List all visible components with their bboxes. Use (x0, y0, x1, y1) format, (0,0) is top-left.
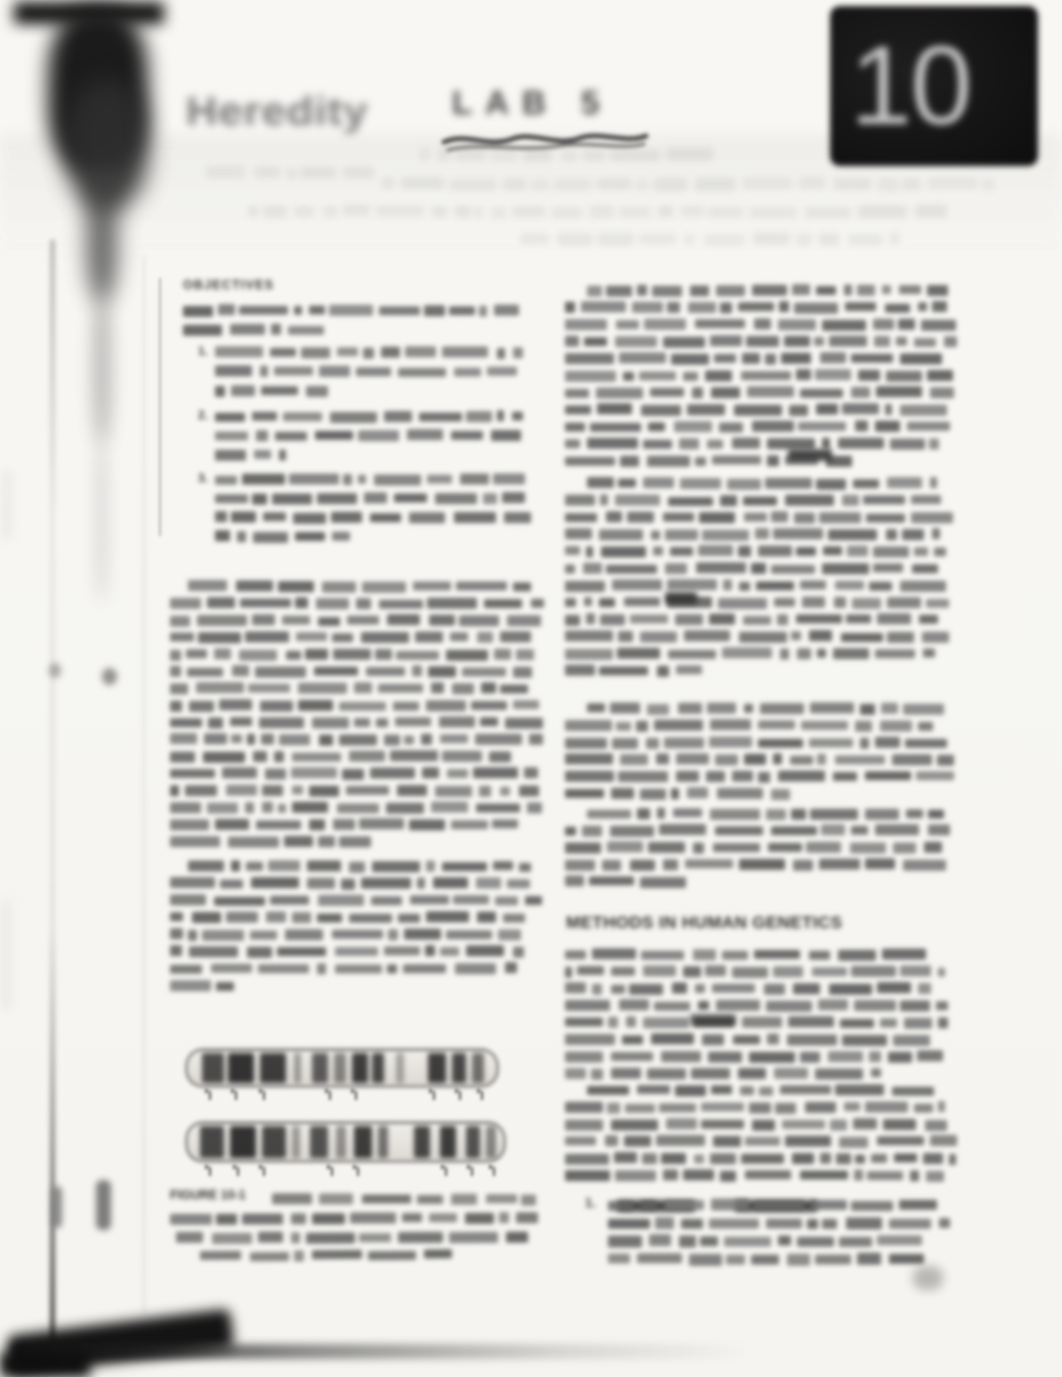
greek-word (684, 630, 730, 641)
greek-word (915, 205, 947, 217)
greek-word (611, 966, 636, 976)
greek-word (265, 769, 286, 779)
greek-word (715, 755, 738, 765)
greek-word (867, 1171, 902, 1180)
greek-word (581, 302, 627, 312)
greek-text-line (170, 816, 545, 833)
greek-word (504, 512, 531, 524)
greek-word (602, 860, 621, 872)
greek-word (226, 912, 258, 922)
greek-word (744, 512, 767, 522)
greek-word (711, 1199, 748, 1211)
greek-word (239, 650, 277, 661)
greek-word (610, 703, 640, 713)
greek-word (346, 786, 390, 795)
greek-word (415, 632, 443, 643)
greek-word (611, 1120, 658, 1130)
greek-word (551, 208, 581, 218)
greek-word (785, 1135, 831, 1146)
greek-word (189, 701, 213, 712)
greek-word (805, 1102, 836, 1112)
greek-word (637, 1253, 683, 1263)
greek-word (451, 820, 487, 830)
greek-word (701, 1120, 745, 1129)
greek-word (923, 648, 935, 658)
greek-text-line (565, 1167, 960, 1184)
indent-spacer (170, 866, 188, 867)
greek-word (428, 666, 455, 678)
greek-text-line (565, 1082, 960, 1099)
greek-word (918, 722, 933, 732)
greek-text-line (248, 204, 434, 218)
greek-word (851, 966, 895, 976)
greek-word (387, 964, 397, 974)
greek-text-line (215, 470, 537, 489)
greek-word (778, 771, 825, 782)
greek-word (252, 494, 266, 505)
greek-word (491, 208, 506, 218)
greek-word (651, 530, 660, 540)
greek-word (741, 371, 791, 381)
greek-word (620, 754, 649, 766)
greek-word (806, 842, 841, 853)
greek-word (695, 179, 735, 190)
greek-word (506, 1231, 528, 1243)
greek-word (702, 529, 749, 541)
greek-word (318, 894, 365, 906)
bold-term (665, 592, 697, 604)
greek-word (807, 1219, 818, 1230)
greek-word (875, 421, 900, 431)
greek-word (811, 1200, 847, 1210)
greek-word (708, 1052, 742, 1063)
greek-word (839, 1236, 872, 1247)
page-title: Heredity (186, 88, 368, 135)
bottom-corner-shadow (0, 1352, 90, 1377)
greek-word (322, 582, 356, 592)
greek-word (749, 208, 797, 218)
indent-spacer (565, 290, 587, 291)
greek-word (421, 733, 433, 745)
greek-word (170, 666, 181, 676)
greek-word (286, 650, 301, 660)
greek-word (250, 1252, 289, 1262)
greek-word (254, 167, 280, 178)
greek-word (800, 1052, 820, 1062)
greek-word (785, 494, 834, 506)
greek-word (170, 802, 201, 813)
greek-word (271, 324, 281, 334)
greek-word (270, 896, 309, 906)
greek-word (773, 753, 782, 764)
greek-word (611, 788, 635, 800)
greek-word (170, 718, 202, 727)
greek-word (460, 473, 489, 485)
greek-word (262, 785, 284, 795)
greek-word (354, 718, 370, 728)
greek-word (640, 789, 666, 800)
greek-word (565, 649, 613, 660)
greek-word (565, 546, 580, 555)
greek-word (816, 286, 836, 296)
paragraph-block (565, 805, 960, 890)
greek-word (183, 325, 222, 336)
greek-word (565, 982, 586, 993)
greek-word (215, 346, 263, 356)
greek-word (379, 599, 422, 609)
greek-word (395, 717, 431, 726)
greek-word (738, 302, 773, 312)
indent-spacer (565, 813, 587, 814)
greek-word (612, 738, 638, 749)
greek-word (309, 785, 340, 796)
greek-word (815, 369, 851, 380)
greek-word (330, 412, 377, 423)
greek-word (643, 1017, 689, 1028)
greek-word (170, 683, 188, 695)
greek-word (565, 860, 595, 871)
greek-word (440, 734, 468, 744)
greek-word (386, 803, 423, 815)
greek-word (442, 751, 482, 763)
greek-word (704, 235, 745, 245)
greek-word (565, 738, 607, 750)
greek-word (608, 1201, 633, 1211)
greek-text-line (382, 177, 994, 191)
greek-word (732, 967, 768, 977)
greek-word (912, 564, 938, 573)
chromosome-band (336, 1126, 346, 1158)
greek-text-line (272, 1191, 536, 1208)
greek-word (668, 650, 716, 660)
ghost-text-line (432, 205, 947, 219)
greek-word (938, 1017, 948, 1028)
greek-word (309, 305, 325, 314)
greek-word (291, 767, 338, 778)
greek-word (565, 843, 601, 853)
greek-text-line (170, 663, 545, 680)
greek-word (626, 1016, 636, 1027)
chromosome-band (428, 1053, 446, 1083)
greek-word (764, 983, 785, 995)
greek-word (356, 598, 372, 609)
greek-word (513, 700, 539, 710)
greek-word (885, 303, 910, 313)
greek-word (873, 319, 894, 330)
greek-word (230, 717, 252, 727)
greek-word (765, 478, 812, 488)
greek-word (170, 980, 211, 991)
greek-word (637, 1085, 670, 1094)
greek-word (887, 477, 921, 487)
greek-word (674, 421, 712, 431)
greek-word (801, 721, 848, 731)
greek-word (866, 513, 906, 522)
greek-word (216, 1213, 238, 1225)
greek-word (565, 966, 572, 977)
greek-word (830, 1120, 848, 1130)
greek-word (263, 512, 286, 522)
greek-word (247, 947, 272, 958)
greek-word (606, 511, 623, 522)
greek-word (565, 353, 614, 365)
greek-word (170, 700, 182, 712)
greek-word (403, 964, 446, 974)
greek-text-line (170, 680, 545, 697)
greek-word (722, 950, 748, 959)
greek-word (779, 301, 789, 313)
greek-word (794, 512, 815, 524)
greek-word (226, 784, 257, 795)
greek-word (720, 302, 732, 314)
greek-word (565, 1154, 609, 1164)
greek-word (720, 1171, 736, 1182)
greek-word (183, 306, 213, 318)
greek-word (502, 492, 525, 504)
greek-word (934, 547, 946, 557)
greek-word (788, 1016, 834, 1027)
greek-word (705, 371, 732, 382)
greek-word (678, 703, 702, 713)
greek-word (565, 1052, 603, 1062)
greek-word (242, 473, 285, 485)
greek-word (170, 912, 183, 921)
greek-word (688, 302, 716, 313)
greek-word (809, 951, 830, 960)
greek-word (248, 206, 258, 217)
greek-word (898, 318, 914, 330)
greek-word (724, 1237, 771, 1247)
greek-word (212, 1233, 253, 1244)
greek-word (256, 430, 268, 442)
greek-word (404, 735, 414, 744)
greek-word (639, 234, 676, 243)
greek-text-line (565, 543, 960, 560)
greek-word (619, 352, 666, 363)
greek-word (429, 615, 455, 625)
greek-word (719, 422, 743, 432)
greek-word (255, 666, 305, 678)
greek-word (409, 819, 445, 831)
greek-word (219, 700, 252, 710)
greek-text-line (565, 401, 960, 418)
greek-text-line (565, 526, 960, 543)
greek-text-line (170, 578, 545, 595)
greek-word (899, 1200, 937, 1209)
greek-word (922, 632, 949, 643)
edge-smudge (2, 900, 11, 1010)
greek-word (643, 965, 675, 977)
greek-word (274, 752, 285, 762)
greek-word (591, 1069, 603, 1079)
greek-word (647, 704, 670, 715)
paragraph-block (565, 946, 960, 1082)
margin-mark (102, 668, 117, 685)
greek-word (332, 930, 383, 939)
greek-word (893, 1035, 930, 1046)
greek-word (332, 531, 350, 541)
greek-word (188, 580, 227, 591)
edge-smudge (2, 470, 12, 540)
greek-word (753, 233, 791, 245)
greek-word (663, 1169, 677, 1181)
greek-word (258, 1232, 283, 1242)
greek-word (587, 285, 602, 297)
greek-word (561, 151, 577, 162)
greek-word (841, 633, 883, 642)
greek-word (426, 861, 435, 872)
greek-word (630, 860, 655, 870)
greek-word (641, 1200, 656, 1210)
greek-word (654, 1001, 690, 1011)
greek-word (204, 733, 227, 745)
greek-word (637, 285, 647, 296)
greek-word (899, 285, 921, 295)
paragraph-block (565, 475, 960, 679)
greek-word (648, 422, 666, 432)
greek-word (888, 1052, 912, 1063)
greek-word (926, 1171, 944, 1183)
greek-word (586, 613, 595, 625)
greek-word (844, 285, 852, 296)
greek-word (323, 206, 338, 217)
greek-word (905, 739, 947, 749)
greek-text-line (565, 1065, 960, 1082)
greek-text-line (565, 628, 960, 645)
greek-word (228, 837, 279, 848)
greek-word (332, 633, 353, 643)
greek-word (921, 320, 956, 331)
greek-word (349, 913, 392, 923)
greek-word (476, 877, 501, 889)
greek-word (615, 336, 657, 347)
greek-word (599, 529, 643, 540)
greek-text-line (565, 662, 960, 679)
locus-tick (237, 1167, 239, 1176)
greek-word (892, 754, 932, 766)
greek-word (475, 734, 523, 744)
greek-word (491, 430, 521, 440)
greek-word (298, 700, 333, 710)
greek-word (800, 388, 843, 398)
greek-word (439, 716, 475, 727)
greek-word (417, 877, 425, 889)
greek-text-line (565, 316, 960, 333)
greek-word (690, 286, 709, 297)
greek-word (885, 404, 892, 416)
chromosome-band (486, 1126, 496, 1158)
greek-word (771, 826, 817, 835)
greek-text-line (170, 697, 545, 714)
greek-word (773, 529, 823, 539)
greek-word (665, 1200, 704, 1210)
greek-word (611, 1068, 641, 1078)
greek-word (738, 1068, 766, 1079)
greek-word (379, 306, 420, 316)
greek-word (358, 430, 399, 441)
ghost-text-line (248, 204, 434, 218)
greek-word (398, 913, 420, 923)
greek-word (696, 562, 746, 574)
greek-word (565, 1136, 596, 1146)
greek-word (170, 650, 181, 662)
greek-word (771, 512, 788, 523)
greek-word (409, 512, 445, 524)
greek-word (455, 206, 470, 217)
greek-word (659, 824, 706, 836)
greek-word (565, 1101, 603, 1113)
greek-word (285, 929, 323, 939)
greek-word (368, 1251, 416, 1261)
greek-word (565, 405, 591, 415)
greek-word (881, 702, 898, 714)
greek-word (459, 616, 498, 626)
greek-word (565, 789, 604, 799)
greek-text-line (565, 452, 960, 469)
greek-word (860, 704, 875, 715)
chapter-number-box: 10 (830, 6, 1038, 166)
greek-word (800, 580, 825, 590)
greek-word (654, 179, 687, 191)
greek-word (751, 563, 766, 574)
greek-text-line (565, 475, 960, 492)
greek-word (398, 368, 446, 377)
greek-word (253, 751, 267, 762)
greek-word (447, 769, 468, 778)
greek-word (869, 1051, 881, 1062)
greek-word (907, 422, 950, 431)
greek-word (507, 615, 541, 626)
greek-word (778, 319, 817, 330)
greek-word (565, 319, 607, 330)
greek-word (435, 786, 471, 796)
greek-word (584, 337, 607, 347)
greek-word (665, 563, 687, 574)
greek-word (889, 1219, 931, 1229)
greek-text-line (170, 612, 545, 629)
greek-word (640, 632, 677, 642)
greek-word (817, 649, 825, 658)
greek-word (759, 1087, 774, 1096)
greek-word (211, 964, 252, 973)
greek-word (245, 632, 288, 642)
greek-text-line (565, 980, 960, 997)
greek-word (871, 1154, 887, 1163)
greek-word (565, 1034, 615, 1044)
greek-word (312, 1250, 362, 1260)
page-number-mark (913, 1266, 943, 1290)
greek-word (916, 771, 953, 781)
greek-word (599, 598, 615, 608)
greek-word (270, 347, 296, 357)
greek-word (648, 842, 686, 853)
greek-word (422, 767, 438, 779)
greek-word (835, 1085, 883, 1095)
greek-text-line (565, 1099, 960, 1116)
greek-word (790, 755, 813, 765)
greek-word (611, 985, 625, 994)
greek-word (215, 431, 248, 441)
margin-mark (52, 1186, 62, 1228)
greek-word (863, 495, 905, 504)
greek-word (246, 862, 264, 871)
paragraph-block (170, 578, 545, 850)
greek-word (300, 167, 336, 177)
greek-word (709, 614, 734, 625)
greek-word (207, 597, 234, 608)
greek-word (410, 895, 449, 905)
greek-word (384, 946, 420, 955)
